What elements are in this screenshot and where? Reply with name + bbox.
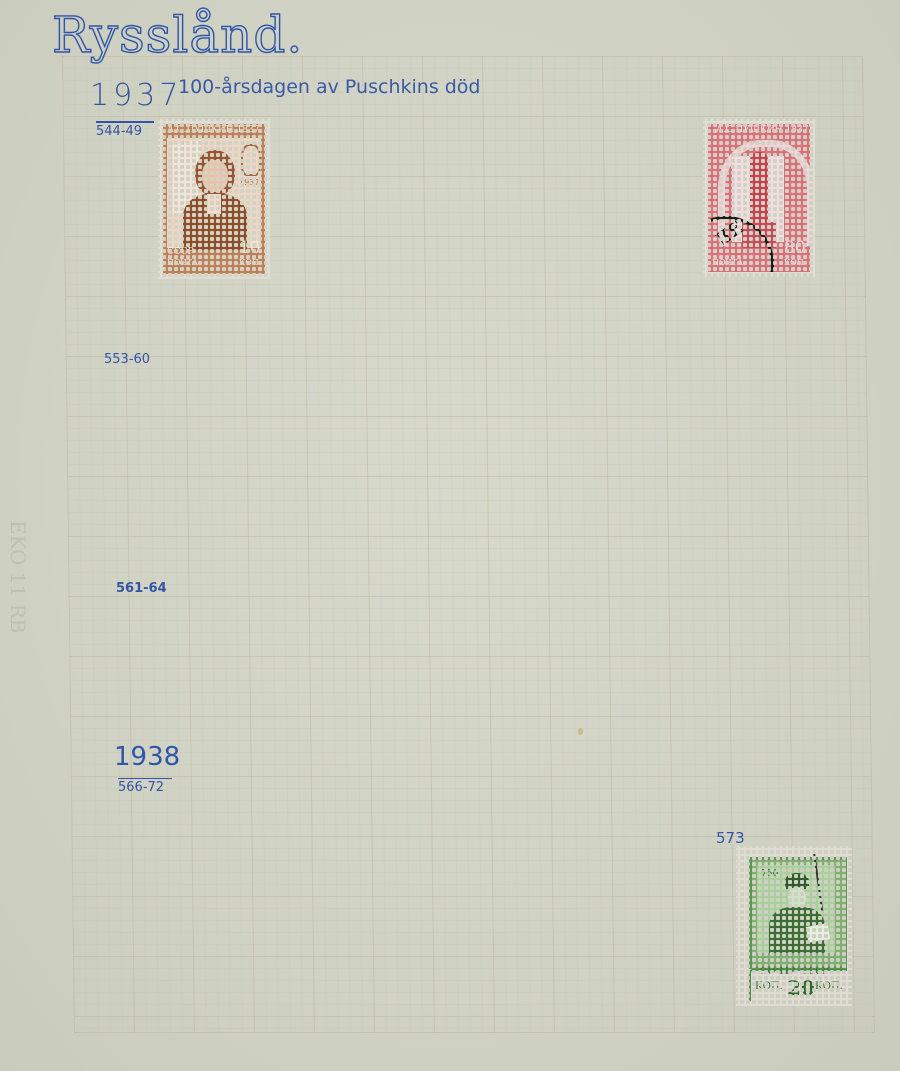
stamp-currency-right: КОП. — [815, 981, 843, 992]
stamp-year: 1937 — [742, 137, 774, 146]
stamp-rustaveli-20-kop[interactable]: 750 ПОЧТА СССР КОП. 20 КОП. — [736, 846, 852, 1006]
stamp-pushkin-monument-80-kop[interactable]: А.С.ПУШКИН 1837 1937 ПОЧТА 80 КОП ЛЕ — [703, 119, 815, 277]
stamp-currency-left: КОП. — [755, 981, 783, 992]
stamp-value: 10 — [239, 238, 261, 258]
album-page: EKO 11 RB Rysslånd. 1937 100-årsdagen av… — [0, 0, 900, 1071]
stamp-inscription: А.С.ПУШКИН 1837 — [716, 125, 808, 135]
catalog-ref-544-49: 544-49 — [96, 121, 154, 139]
margin-watermark: EKO 11 RB — [6, 520, 30, 633]
stamp-currency: КОП — [784, 258, 804, 267]
year-heading-1938: 1938 — [114, 742, 180, 772]
catalog-ref-566-72: 566-72 — [118, 778, 172, 795]
catalog-ref-573: 573 — [716, 829, 745, 847]
stamp-post: ПОЧТА — [167, 258, 198, 267]
catalog-ref-561-64: 561-64 — [116, 581, 167, 596]
catalog-ref-553-60: 553-60 — [104, 352, 150, 367]
stamp-value: 20 — [787, 976, 815, 1000]
page-title: Rysslånd. — [52, 6, 303, 64]
paper-stain — [578, 728, 583, 735]
section-heading: 100-årsdagen av Puschkins död — [178, 76, 481, 98]
stamp-year: 1937 — [239, 178, 259, 187]
stamp-country: СССР — [167, 247, 194, 257]
stamp-currency: КОП — [239, 258, 259, 267]
stamp-anniversary: 750 — [761, 869, 778, 879]
stamp-inscription: А.С.ПУШКИН 1837 — [167, 125, 259, 135]
year-heading-1937: 1937 — [90, 78, 182, 113]
stamp-pushkin-10-kop[interactable]: А.С.ПУШКИН 1837 1937 СССР ПОЧТА 10 КОП — [158, 119, 270, 279]
stamp-value: 80 — [784, 238, 806, 258]
